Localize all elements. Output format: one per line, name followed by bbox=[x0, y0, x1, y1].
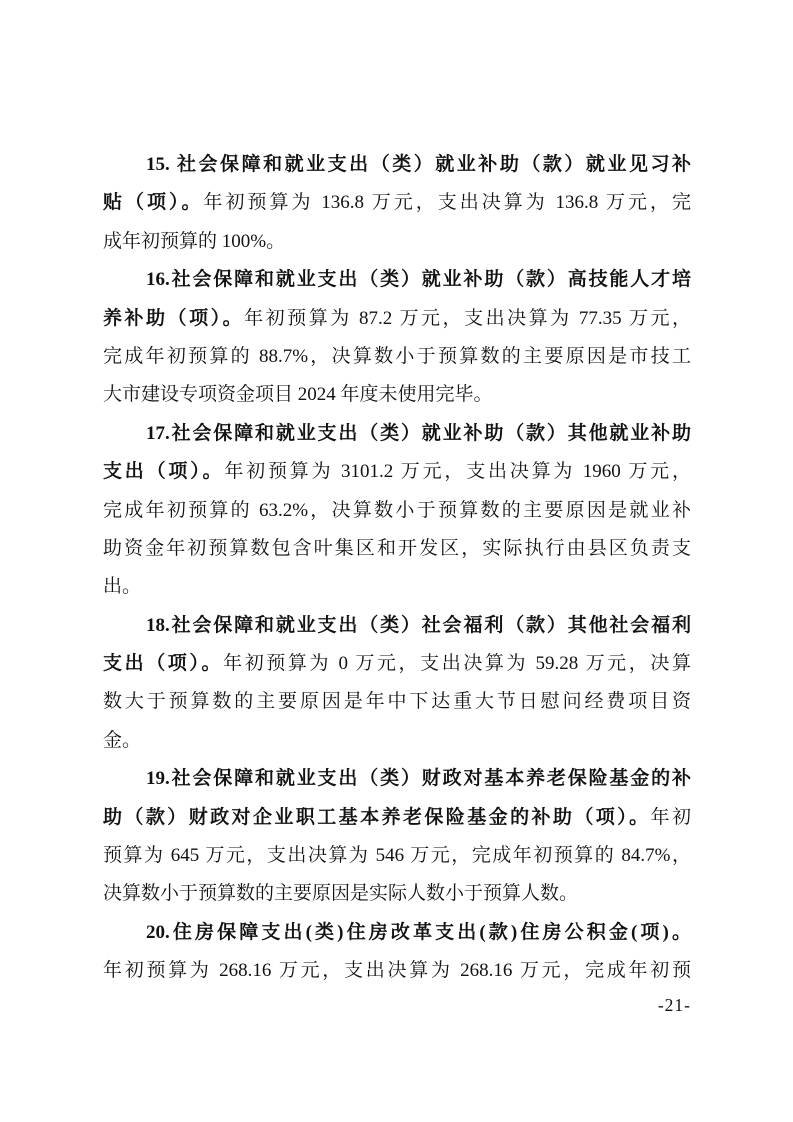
item-heading-text: 贴（项）。 bbox=[103, 192, 204, 213]
text-line: 助（款）财政对企业职工基本养老保险基金的补助（项）。年初 bbox=[103, 799, 691, 837]
paragraph-item-15: 15. 社会保障和就业支出（类）就业补助（款）就业见习补贴（项）。年初预算为 1… bbox=[103, 146, 691, 261]
body-text: 出。 bbox=[103, 576, 141, 597]
item-heading-text: 养补助（项）。 bbox=[103, 308, 244, 329]
body-text: 成年初预算的 100%。 bbox=[103, 231, 285, 252]
paragraph-item-17: 17.社会保障和就业支出（类）就业补助（款）其他就业补助支出（项）。年初预算为 … bbox=[103, 415, 691, 607]
body-text: 助资金年初预算数包含叶集区和开发区，实际执行由县区负责支 bbox=[103, 538, 691, 559]
text-line: 决算数小于预算数的主要原因是实际人数小于预算人数。 bbox=[103, 875, 691, 913]
item-heading-text: 20.住房保障支出(类)住房改革支出(款)住房公积金(项)。 bbox=[146, 922, 691, 943]
body-text: 年初预算为 0 万元，支出决算为 59.28 万元，决算 bbox=[223, 653, 691, 674]
item-heading-text: 助（款）财政对企业职工基本养老保险基金的补助（项）。 bbox=[103, 807, 651, 828]
document-page: 15. 社会保障和就业支出（类）就业补助（款）就业见习补贴（项）。年初预算为 1… bbox=[0, 0, 793, 1122]
item-heading-text: 支出（项）。 bbox=[103, 653, 223, 674]
body-text: 年初预算为 136.8 万元，支出决算为 136.8 万元，完 bbox=[204, 192, 691, 213]
text-line: 大市建设专项资金项目 2024 年度未使用完毕。 bbox=[103, 376, 691, 414]
item-heading-text: 支出（项）。 bbox=[103, 461, 224, 482]
document-body: 15. 社会保障和就业支出（类）就业补助（款）就业见习补贴（项）。年初预算为 1… bbox=[103, 146, 691, 991]
item-heading-text: 18.社会保障和就业支出（类）社会福利（款）其他社会福利 bbox=[146, 615, 691, 636]
item-heading-text: 16.社会保障和就业支出（类）就业补助（款）高技能人才培 bbox=[146, 269, 691, 290]
body-text: 大市建设专项资金项目 2024 年度未使用完毕。 bbox=[103, 384, 493, 405]
item-heading-text: 19.社会保障和就业支出（类）财政对基本养老保险基金的补 bbox=[146, 768, 691, 789]
body-text: 年初预算为 268.16 万元，支出决算为 268.16 万元，完成年初预 bbox=[103, 960, 691, 981]
paragraph-item-18: 18.社会保障和就业支出（类）社会福利（款）其他社会福利支出（项）。年初预算为 … bbox=[103, 607, 691, 761]
text-line: 支出（项）。年初预算为 0 万元，支出决算为 59.28 万元，决算 bbox=[103, 645, 691, 683]
text-line: 完成年初预算的 88.7%，决算数小于预算数的主要原因是市技工 bbox=[103, 338, 691, 376]
text-line: 出。 bbox=[103, 568, 691, 606]
text-line: 15. 社会保障和就业支出（类）就业补助（款）就业见习补 bbox=[103, 146, 691, 184]
body-text: 年初 bbox=[651, 807, 691, 828]
text-line: 16.社会保障和就业支出（类）就业补助（款）高技能人才培 bbox=[103, 261, 691, 299]
text-line: 预算为 645 万元，支出决算为 546 万元，完成年初预算的 84.7%， bbox=[103, 837, 691, 875]
paragraph-item-16: 16.社会保障和就业支出（类）就业补助（款）高技能人才培养补助（项）。年初预算为… bbox=[103, 261, 691, 415]
item-heading-text: 15. 社会保障和就业支出（类）就业补助（款）就业见习补 bbox=[146, 154, 691, 175]
body-text: 完成年初预算的 63.2%，决算数小于预算数的主要原因是就业补 bbox=[103, 500, 691, 521]
body-text: 决算数小于预算数的主要原因是实际人数小于预算人数。 bbox=[103, 883, 578, 904]
text-line: 贴（项）。年初预算为 136.8 万元，支出决算为 136.8 万元，完 bbox=[103, 184, 691, 222]
paragraph-item-19: 19.社会保障和就业支出（类）财政对基本养老保险基金的补助（款）财政对企业职工基… bbox=[103, 760, 691, 914]
text-line: 完成年初预算的 63.2%，决算数小于预算数的主要原因是就业补 bbox=[103, 492, 691, 530]
body-text: 完成年初预算的 88.7%，决算数小于预算数的主要原因是市技工 bbox=[103, 346, 691, 367]
body-text: 数大于预算数的主要原因是年中下达重大节日慰问经费项目资 bbox=[103, 691, 691, 712]
text-line: 19.社会保障和就业支出（类）财政对基本养老保险基金的补 bbox=[103, 760, 691, 798]
body-text: 预算为 645 万元，支出决算为 546 万元，完成年初预算的 84.7%， bbox=[103, 845, 691, 866]
body-text: 金。 bbox=[103, 730, 141, 751]
page-number: -21- bbox=[103, 994, 691, 1016]
body-text: 年初预算为 3101.2 万元，支出决算为 1960 万元， bbox=[224, 461, 691, 482]
text-line: 金。 bbox=[103, 722, 691, 760]
item-heading-text: 17.社会保障和就业支出（类）就业补助（款）其他就业补助 bbox=[146, 423, 691, 444]
text-line: 17.社会保障和就业支出（类）就业补助（款）其他就业补助 bbox=[103, 415, 691, 453]
text-line: 20.住房保障支出(类)住房改革支出(款)住房公积金(项)。 bbox=[103, 914, 691, 952]
text-line: 养补助（项）。年初预算为 87.2 万元，支出决算为 77.35 万元， bbox=[103, 300, 691, 338]
body-text: 年初预算为 87.2 万元，支出决算为 77.35 万元， bbox=[244, 308, 691, 329]
text-line: 成年初预算的 100%。 bbox=[103, 223, 691, 261]
text-line: 支出（项）。年初预算为 3101.2 万元，支出决算为 1960 万元， bbox=[103, 453, 691, 491]
text-line: 年初预算为 268.16 万元，支出决算为 268.16 万元，完成年初预 bbox=[103, 952, 691, 990]
paragraph-item-20: 20.住房保障支出(类)住房改革支出(款)住房公积金(项)。年初预算为 268.… bbox=[103, 914, 691, 991]
text-line: 18.社会保障和就业支出（类）社会福利（款）其他社会福利 bbox=[103, 607, 691, 645]
text-line: 数大于预算数的主要原因是年中下达重大节日慰问经费项目资 bbox=[103, 683, 691, 721]
text-line: 助资金年初预算数包含叶集区和开发区，实际执行由县区负责支 bbox=[103, 530, 691, 568]
